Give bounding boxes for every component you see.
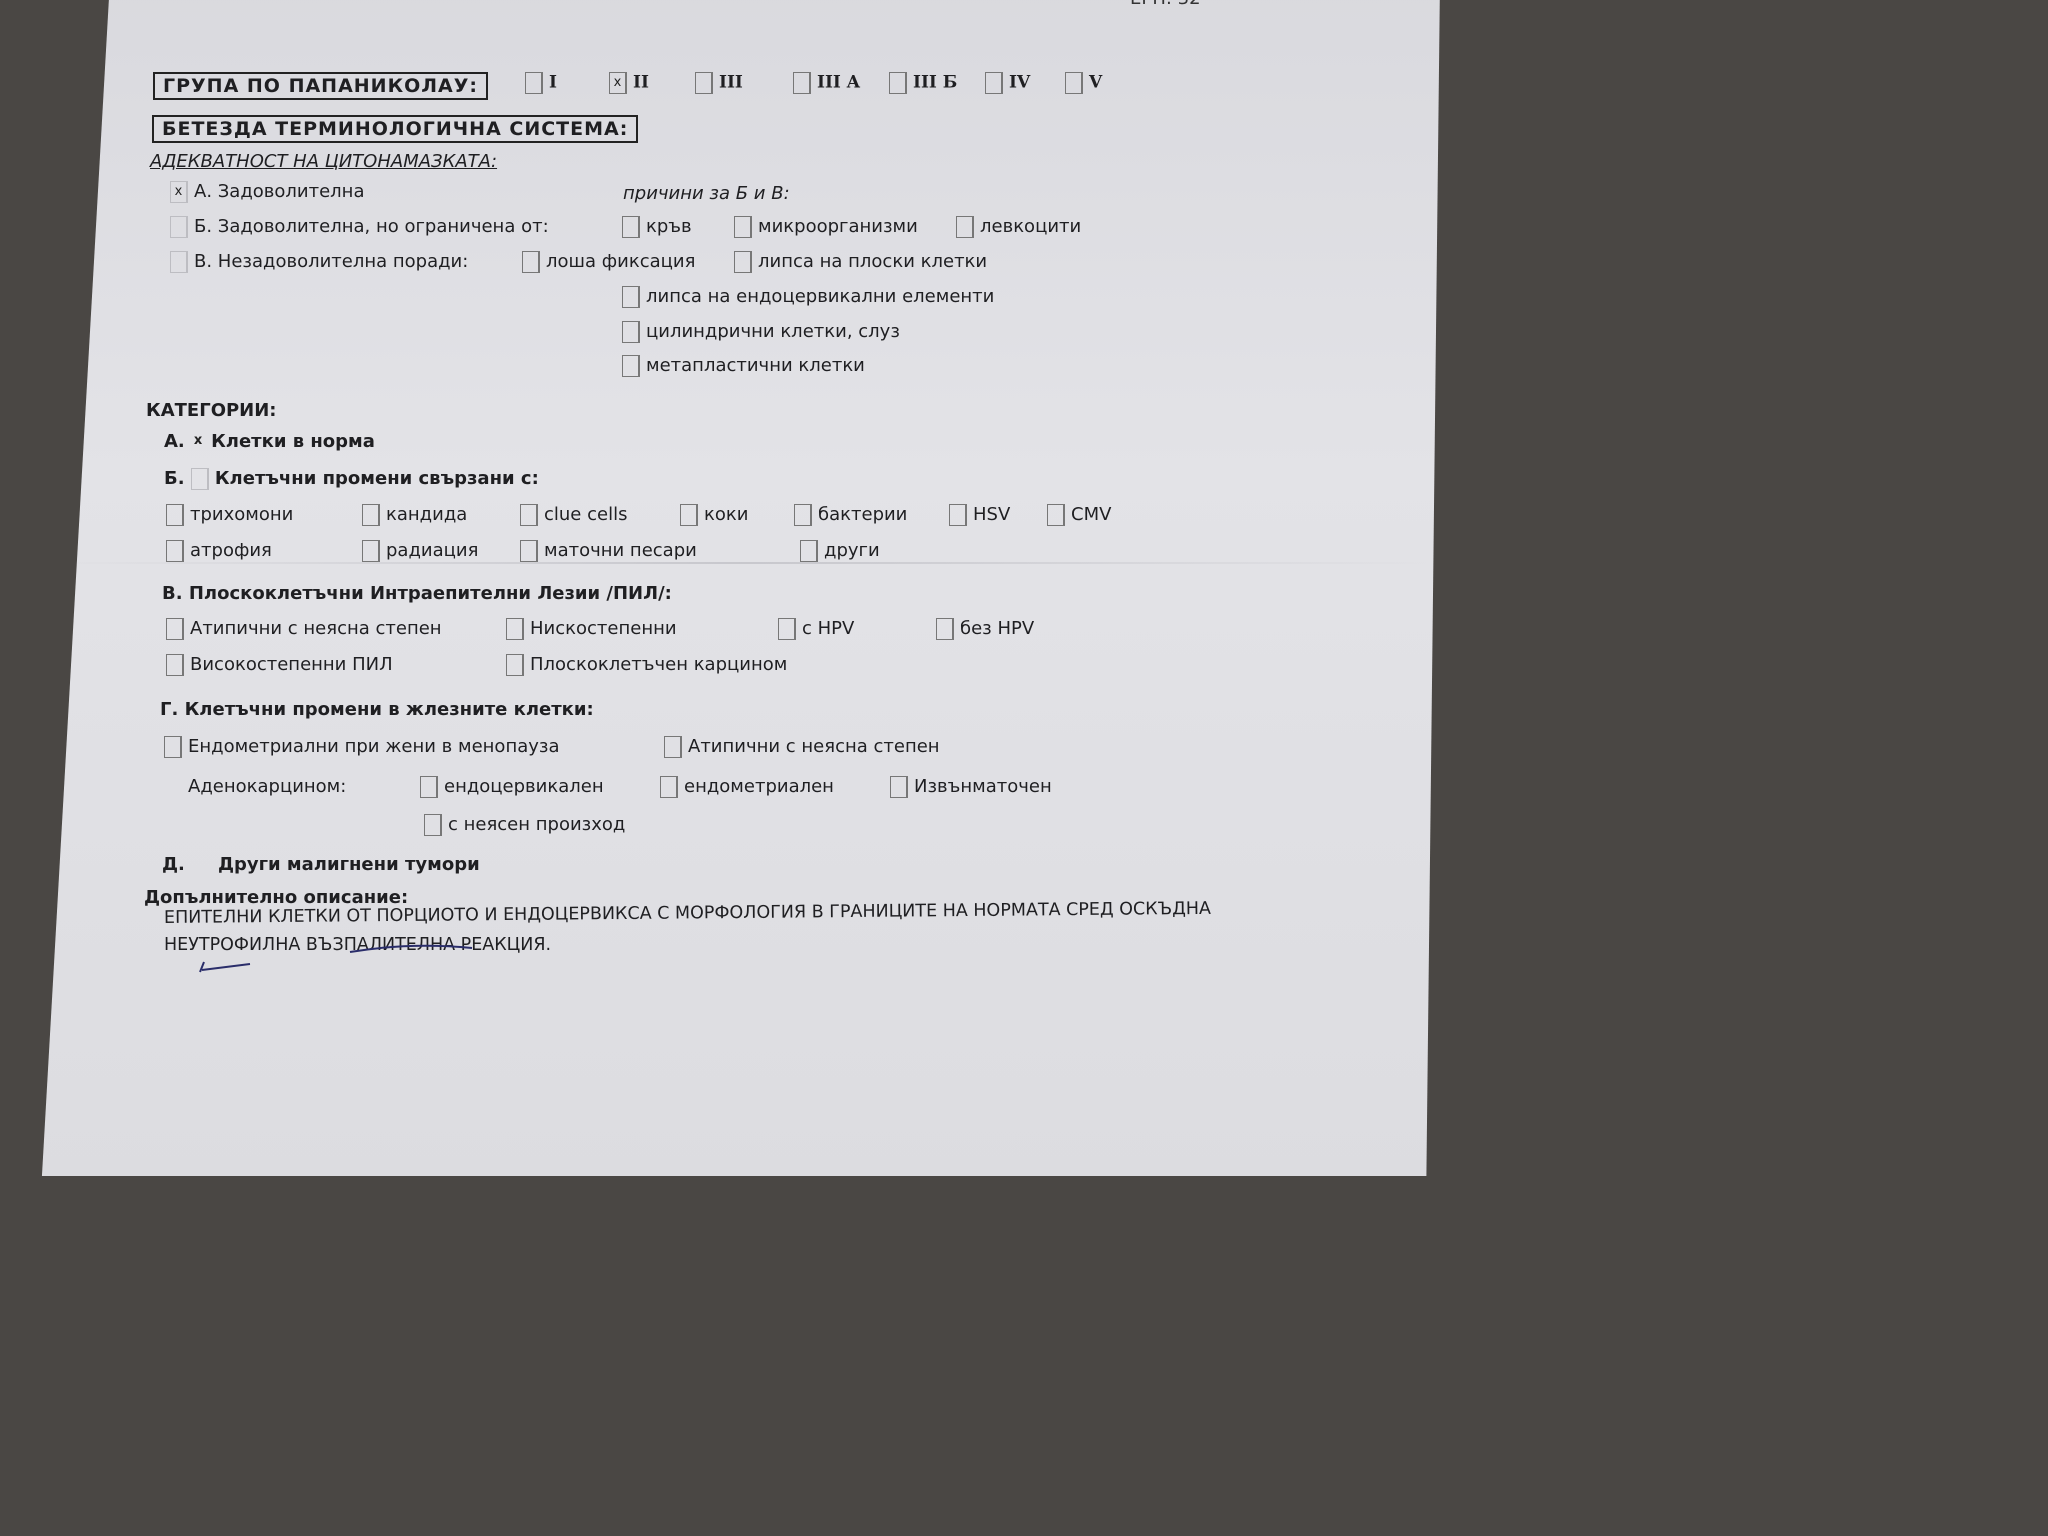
additional-title: Допълнително описание: (144, 887, 408, 908)
adequacy-v-label: В. Незадоволителна поради: (194, 251, 468, 272)
checkbox[interactable] (191, 468, 209, 490)
checkbox[interactable] (1047, 504, 1065, 526)
category-g-label: Клетъчни промени в жлезните клетки: (185, 699, 594, 720)
reason-label: микроорганизми (758, 216, 918, 237)
category-b-options-row2: атрофиярадиацияматочни песаридруги (166, 540, 920, 562)
checkbox[interactable] (170, 251, 188, 273)
checkbox[interactable] (734, 216, 752, 238)
category-v-label: Плоскоклетъчни Интраепителни Лезии /ПИЛ/… (189, 583, 672, 604)
category-a-label: Клетки в норма (211, 431, 375, 452)
reasons-v-row: лоша фиксациялипса на плоски клетки (522, 251, 987, 273)
option-label: Високостепенни ПИЛ (190, 654, 393, 675)
bethesda-title: БЕТЕЗДА ТЕРМИНОЛОГИЧНА СИСТЕМА: (152, 115, 638, 143)
header-fragment: ЕГН: 32 (1130, 0, 1201, 9)
option-label: кандида (386, 504, 467, 525)
reason-blood[interactable]: кръв (622, 216, 734, 238)
checkbox[interactable] (166, 618, 184, 640)
checkbox[interactable] (622, 216, 640, 238)
reason-leukocytes[interactable]: левкоцити (956, 216, 1081, 237)
adequacy-a-label: А. Задоволителна (194, 181, 364, 202)
checkbox[interactable] (664, 736, 682, 758)
pen-underline-mark (190, 940, 490, 980)
adenocarcinoma-label: Аденокарцином: (188, 776, 420, 797)
reason-label: левкоцити (980, 216, 1081, 237)
checkbox[interactable] (660, 776, 678, 798)
option-label: ендоцервикален (444, 776, 604, 797)
checkbox[interactable] (520, 540, 538, 562)
checkbox-option[interactable]: Плоскоклетъчен карцином (506, 654, 826, 676)
category-d: Д.Други малигнени тумори (162, 854, 480, 875)
option-label: clue cells (544, 504, 627, 525)
checkbox[interactable] (520, 504, 538, 526)
option-label: Ендометриални при жени в менопауза (188, 736, 560, 757)
adequacy-b-label: Б. Задоволителна, но ограничена от: (194, 216, 549, 237)
checkbox-option[interactable]: други (800, 540, 920, 562)
category-letter: В. (162, 583, 183, 604)
checkbox[interactable] (170, 216, 188, 238)
checkbox-option[interactable]: III Б (889, 72, 985, 94)
category-v: В. Плоскоклетъчни Интраепителни Лезии /П… (162, 583, 672, 604)
option-label: III Б (913, 73, 957, 93)
checkbox-option[interactable]: Атипични с неясна степен (166, 618, 506, 640)
option-label: IV (1009, 73, 1030, 93)
category-b-label: Клетъчни промени свързани с: (215, 468, 539, 489)
option-label: трихомони (190, 504, 293, 525)
adequacy-v[interactable]: В. Незадоволителна поради: (170, 251, 468, 273)
checkbox[interactable] (794, 504, 812, 526)
reason-label: кръв (646, 216, 692, 237)
checkbox[interactable] (362, 540, 380, 562)
reason-no-squamous[interactable]: липса на плоски клетки (734, 251, 987, 272)
checkbox[interactable] (166, 504, 184, 526)
checkbox-option[interactable]: ендометриален (660, 776, 890, 798)
option-label: с неясен произход (448, 814, 625, 835)
category-letter: А. (164, 431, 185, 452)
category-g-options-row3: с неясен произход (424, 814, 684, 836)
checkbox-option[interactable]: ендоцервикален (420, 776, 660, 798)
checkbox-option[interactable]: коки (680, 504, 794, 526)
category-letter: Б. (164, 468, 185, 489)
lab-report-sheet: ЕГН: 32 ГРУПА ПО ПАПАНИКОЛАУ: IxIIIIIIII… (40, 0, 1440, 1176)
reason-label: цилиндрични клетки, слуз (646, 321, 900, 342)
papanicolaou-options: IxIIIIIIII AIII БIVV (525, 72, 1125, 94)
category-g-options-row2: Аденокарцином:ендоцервикаленендометриале… (164, 776, 1090, 798)
category-g-options-row1: Ендометриални при жени в менопаузаАтипич… (164, 736, 1004, 758)
category-b-options-row1: трихомоникандидаclue cellsкокибактерииHS… (166, 504, 1127, 526)
option-label: ендометриален (684, 776, 834, 797)
checkbox[interactable] (949, 504, 967, 526)
option-label: маточни песари (544, 540, 697, 561)
reason-microorganisms[interactable]: микроорганизми (734, 216, 956, 238)
checkbox-option[interactable]: Извънматочен (890, 776, 1090, 798)
checkbox[interactable] (506, 654, 524, 676)
reasons-b-row: кръвмикроорганизмилевкоцити (622, 216, 1081, 238)
checkbox-option[interactable]: маточни песари (520, 540, 800, 562)
checkbox[interactable] (890, 776, 908, 798)
checkbox-option[interactable]: с неясен произход (424, 814, 684, 836)
option-label: II (633, 73, 649, 93)
checkbox-option[interactable]: без HPV (936, 618, 1076, 640)
checkbox-option[interactable]: III (695, 72, 793, 94)
checkbox-option[interactable]: кандида (362, 504, 520, 526)
checkbox[interactable] (956, 216, 974, 238)
checkbox[interactable] (166, 654, 184, 676)
checkbox[interactable] (680, 504, 698, 526)
adequacy-b[interactable]: Б. Задоволителна, но ограничена от: (170, 216, 549, 238)
checkbox-option[interactable]: I (525, 72, 609, 94)
reason-cylindrical[interactable]: цилиндрични клетки, слуз (622, 321, 900, 343)
checkbox-option[interactable]: радиация (362, 540, 520, 562)
categories-title: КАТЕГОРИИ: (146, 400, 277, 421)
option-label: без HPV (960, 618, 1034, 639)
checkbox[interactable] (424, 814, 442, 836)
reason-metaplastic[interactable]: метапластични клетки (622, 355, 865, 377)
checkbox[interactable] (166, 540, 184, 562)
category-letter: Г. (160, 699, 178, 720)
adequacy-a[interactable]: xА. Задоволителна (170, 181, 364, 203)
checkbox[interactable]: x (170, 181, 188, 203)
checkbox[interactable] (985, 72, 1003, 94)
reason-label: лоша фиксация (546, 251, 695, 272)
checkbox-option[interactable]: Ендометриални при жени в менопауза (164, 736, 664, 758)
checkbox[interactable] (889, 72, 907, 94)
checkbox-option[interactable]: Атипични с неясна степен (664, 736, 1004, 758)
reason-bad-fixation[interactable]: лоша фиксация (522, 251, 734, 273)
checkbox-option[interactable]: clue cells (520, 504, 680, 526)
checkbox[interactable] (936, 618, 954, 640)
checkbox[interactable] (622, 321, 640, 343)
option-label: други (824, 540, 880, 561)
checkbox[interactable] (622, 286, 640, 308)
option-label: I (549, 73, 557, 93)
papanicolaou-title: ГРУПА ПО ПАПАНИКОЛАУ: (153, 72, 488, 100)
checkbox-option[interactable]: CMV (1047, 504, 1127, 526)
option-label: атрофия (190, 540, 272, 561)
option-label: коки (704, 504, 748, 525)
checkbox[interactable] (164, 776, 182, 798)
category-g: Г. Клетъчни промени в жлезните клетки: (160, 699, 594, 720)
checkbox[interactable] (522, 251, 540, 273)
checkbox[interactable] (420, 776, 438, 798)
checkbox-option[interactable]: с HPV (778, 618, 936, 640)
checkbox[interactable] (525, 72, 543, 94)
category-v-options-row1: Атипични с неясна степенНискостепеннис H… (166, 618, 1076, 640)
checkbox[interactable] (362, 504, 380, 526)
category-letter: Д. (162, 854, 218, 875)
category-a[interactable]: А. xКлетки в норма (164, 431, 375, 453)
checkbox-option[interactable]: V (1065, 72, 1125, 94)
checkbox[interactable] (506, 618, 524, 640)
checkbox-option[interactable]: атрофия (166, 540, 362, 562)
checkbox[interactable] (1065, 72, 1083, 94)
checkbox[interactable]: x (609, 72, 627, 94)
category-b[interactable]: Б. Клетъчни промени свързани с: (164, 468, 539, 490)
reason-label: метапластични клетки (646, 355, 865, 376)
option-label: III A (817, 73, 860, 93)
option-label: HSV (973, 504, 1010, 525)
checkbox[interactable] (622, 355, 640, 377)
checkbox-option[interactable]: xII (609, 72, 695, 94)
option-label: Плоскоклетъчен карцином (530, 654, 787, 675)
checkbox-option[interactable]: HSV (949, 504, 1047, 526)
checkbox-option[interactable]: Високостепенни ПИЛ (166, 654, 506, 676)
checkbox-option[interactable]: трихомони (166, 504, 362, 526)
checkbox[interactable] (164, 736, 182, 758)
option-label: Нискостепенни (530, 618, 677, 639)
checkbox[interactable] (778, 618, 796, 640)
option-label: с HPV (802, 618, 854, 639)
category-v-options-row2: Високостепенни ПИЛПлоскоклетъчен карцино… (166, 654, 826, 676)
option-label: Извънматочен (914, 776, 1052, 797)
reason-label: липса на ендоцервикални елементи (646, 286, 994, 307)
option-label: Атипични с неясна степен (190, 618, 442, 639)
option-label: бактерии (818, 504, 907, 525)
checkbox[interactable] (734, 251, 752, 273)
checkbox[interactable] (695, 72, 713, 94)
checkbox[interactable] (793, 72, 811, 94)
category-d-label: Други малигнени тумори (218, 854, 480, 875)
checkbox-option[interactable]: IV (985, 72, 1065, 94)
checkbox[interactable]: x (191, 431, 205, 453)
option-label: Атипични с неясна степен (688, 736, 940, 757)
option-label: CMV (1071, 504, 1111, 525)
reason-label: липса на плоски клетки (758, 251, 987, 272)
checkbox[interactable] (800, 540, 818, 562)
reason-no-endocervical[interactable]: липса на ендоцервикални елементи (622, 286, 994, 308)
option-label: III (719, 73, 743, 93)
checkbox-option[interactable]: Нискостепенни (506, 618, 778, 640)
checkbox-option[interactable]: бактерии (794, 504, 949, 526)
checkbox-option[interactable]: III A (793, 72, 889, 94)
option-label: радиация (386, 540, 478, 561)
paper-fold (40, 562, 1440, 564)
option-label: V (1089, 73, 1102, 93)
reasons-label: причини за Б и В: (623, 183, 790, 204)
adequacy-title: АДЕКВАТНОСТ НА ЦИТОНАМАЗКАТА: (150, 151, 497, 172)
